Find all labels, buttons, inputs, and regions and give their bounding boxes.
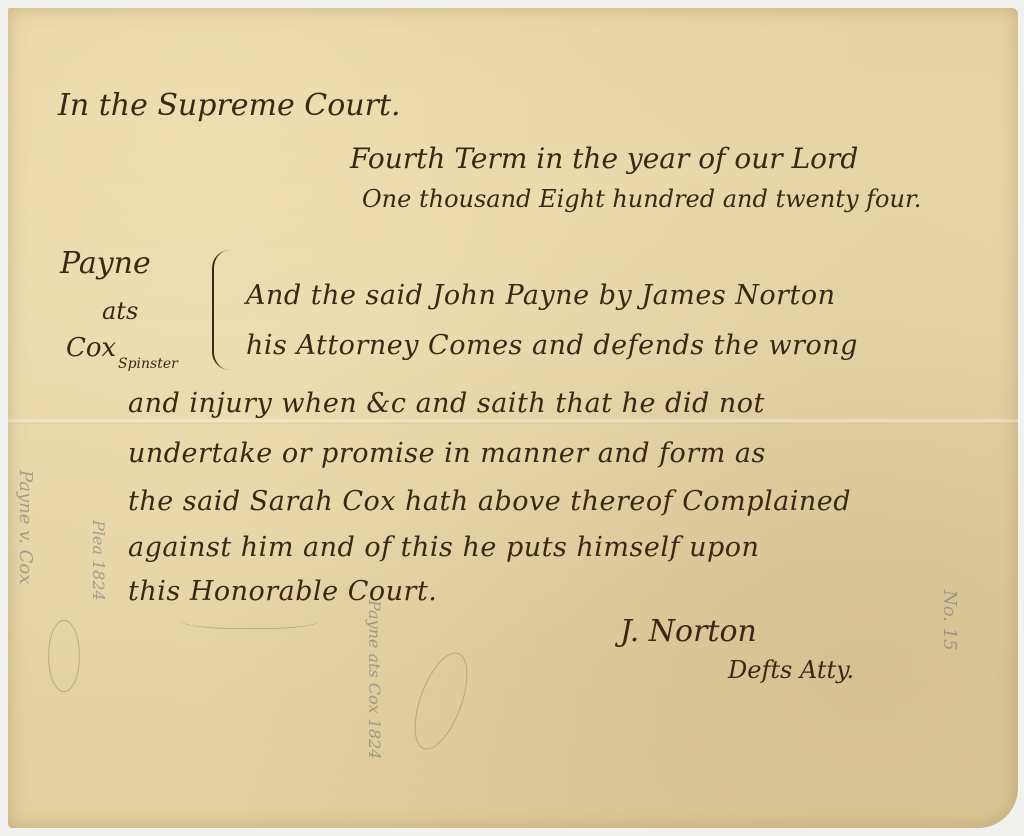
caption-separator: ats xyxy=(102,297,138,325)
body-line: against him and of this he puts himself … xyxy=(128,532,759,563)
body-line: undertake or promise in manner and form … xyxy=(128,438,766,469)
caption-defendant: Cox xyxy=(66,333,116,363)
signature-name: J. Norton xyxy=(620,614,757,649)
pencil-note: Payne v. Cox xyxy=(15,470,36,584)
pencil-note: Payne ats Cox 1824 xyxy=(365,600,384,759)
pencil-flourish xyxy=(48,620,80,692)
body-line: the said Sarah Cox hath above thereof Co… xyxy=(128,486,851,517)
pencil-note: No. 15 xyxy=(939,590,960,651)
term-line-2: One thousand Eight hundred and twenty fo… xyxy=(362,185,921,213)
caption-defendant-descriptor: Spinster xyxy=(118,356,178,372)
pencil-note: Plea 1824 xyxy=(89,520,108,601)
body-line: And the said John Payne by James Norton xyxy=(246,280,836,311)
signature-title: Defts Atty. xyxy=(728,656,854,684)
body-line: this Honorable Court. xyxy=(128,576,437,607)
caption-plaintiff: Payne xyxy=(60,246,151,281)
court-heading: In the Supreme Court. xyxy=(58,88,401,123)
body-line: and injury when &c and saith that he did… xyxy=(128,388,765,419)
pencil-flourish xyxy=(180,608,320,629)
term-line-1: Fourth Term in the year of our Lord xyxy=(350,142,858,175)
body-line: his Attorney Comes and defends the wrong xyxy=(246,330,858,361)
caption-brace xyxy=(212,250,240,370)
